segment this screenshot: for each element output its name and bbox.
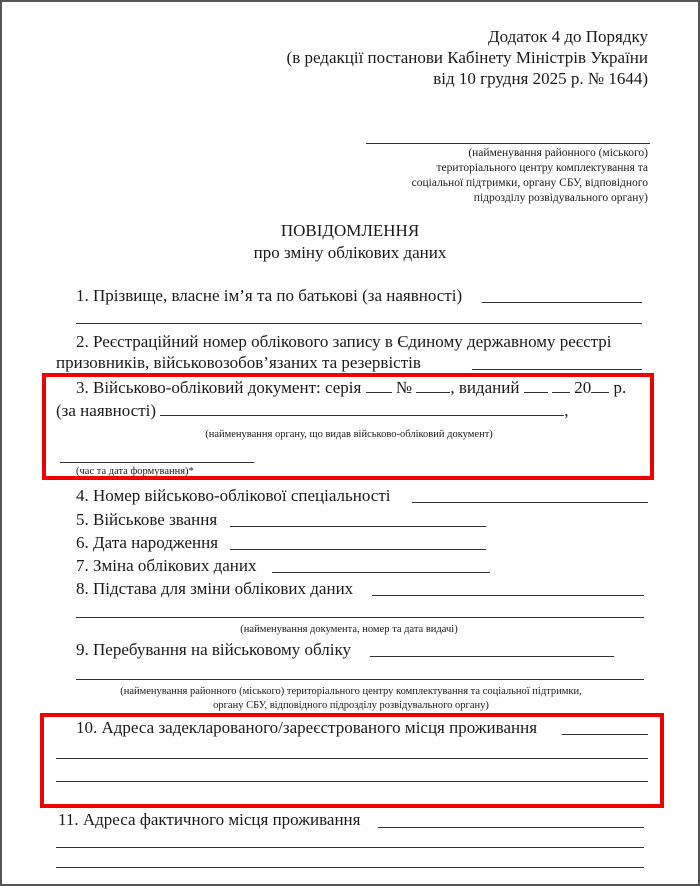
field-9-label: 9. Перебування на військовому обліку [76,640,351,660]
field-6-input-line[interactable] [230,549,486,550]
field-8-label: 8. Підстава для зміни облікових даних [76,579,353,599]
field-11-input-line-2[interactable] [56,847,644,848]
field-7-label: 7. Зміна облікових даних [76,556,256,576]
field-5-input-line[interactable] [230,526,486,527]
field-5-label: 5. Військове звання [76,510,217,530]
field-8-input-line[interactable] [372,595,644,596]
field-1-input-line-2[interactable] [76,323,642,324]
field-9-caption: (найменування районного (міського) терит… [46,685,656,713]
field-2-input-line[interactable] [472,369,642,370]
field-9-input-line-2[interactable] [76,679,644,680]
field-4-label: 4. Номер військово-облікової спеціальнос… [76,486,391,506]
field-6-label: 6. Дата народження [76,533,218,553]
appendix-header: Додаток 4 до Порядку (в редакції постано… [287,26,648,89]
field-1-label: 1. Прізвище, власне ім’я та по батькові … [76,286,462,306]
field-2-label-line-2: призовників, військовозобов’язаних та ре… [56,353,421,373]
field-11-input-line[interactable] [378,827,644,828]
field-11-input-line-3[interactable] [56,867,644,868]
field-8-caption: (найменування документа, номер та дата в… [56,624,642,635]
recipient-caption-line-1: (найменування районного (міського) [412,146,648,161]
document-title: ПОВІДОМЛЕННЯ про зміну облікових даних [2,220,698,264]
recipient-caption-line-3: соціальної підтримки, органу СБУ, відпов… [412,176,648,191]
appendix-line-3: від 10 грудня 2025 р. № 1644) [287,68,648,89]
recipient-caption: (найменування районного (міського) терит… [412,146,648,206]
field-7-input-line[interactable] [272,572,490,573]
title-main: ПОВІДОМЛЕННЯ [2,220,698,242]
field-9-caption-line-2: органу СБУ, відповідного підрозділу розв… [46,699,656,713]
document-page: Додаток 4 до Порядку (в редакції постано… [0,0,700,886]
field-11-label: 11. Адреса фактичного місця проживання [58,810,360,830]
highlight-box-field-3 [42,373,654,480]
appendix-line-1: Додаток 4 до Порядку [287,26,648,47]
field-2-label-line-1: 2. Реєстраційний номер облікового запису… [76,332,612,352]
field-8-input-line-2[interactable] [76,617,644,618]
recipient-input-line[interactable] [366,143,650,144]
field-9-caption-line-1: (найменування районного (міського) терит… [46,685,656,699]
recipient-caption-line-2: територіального центру комплектування та [412,161,648,176]
field-9-input-line[interactable] [370,656,614,657]
title-subtitle: про зміну облікових даних [2,242,698,264]
field-4-input-line[interactable] [412,502,648,503]
recipient-caption-line-4: підрозділу розвідувального органу) [412,191,648,206]
field-1-input-line[interactable] [482,302,642,303]
highlight-box-field-10 [40,713,664,808]
appendix-line-2: (в редакції постанови Кабінету Міністрів… [287,47,648,68]
